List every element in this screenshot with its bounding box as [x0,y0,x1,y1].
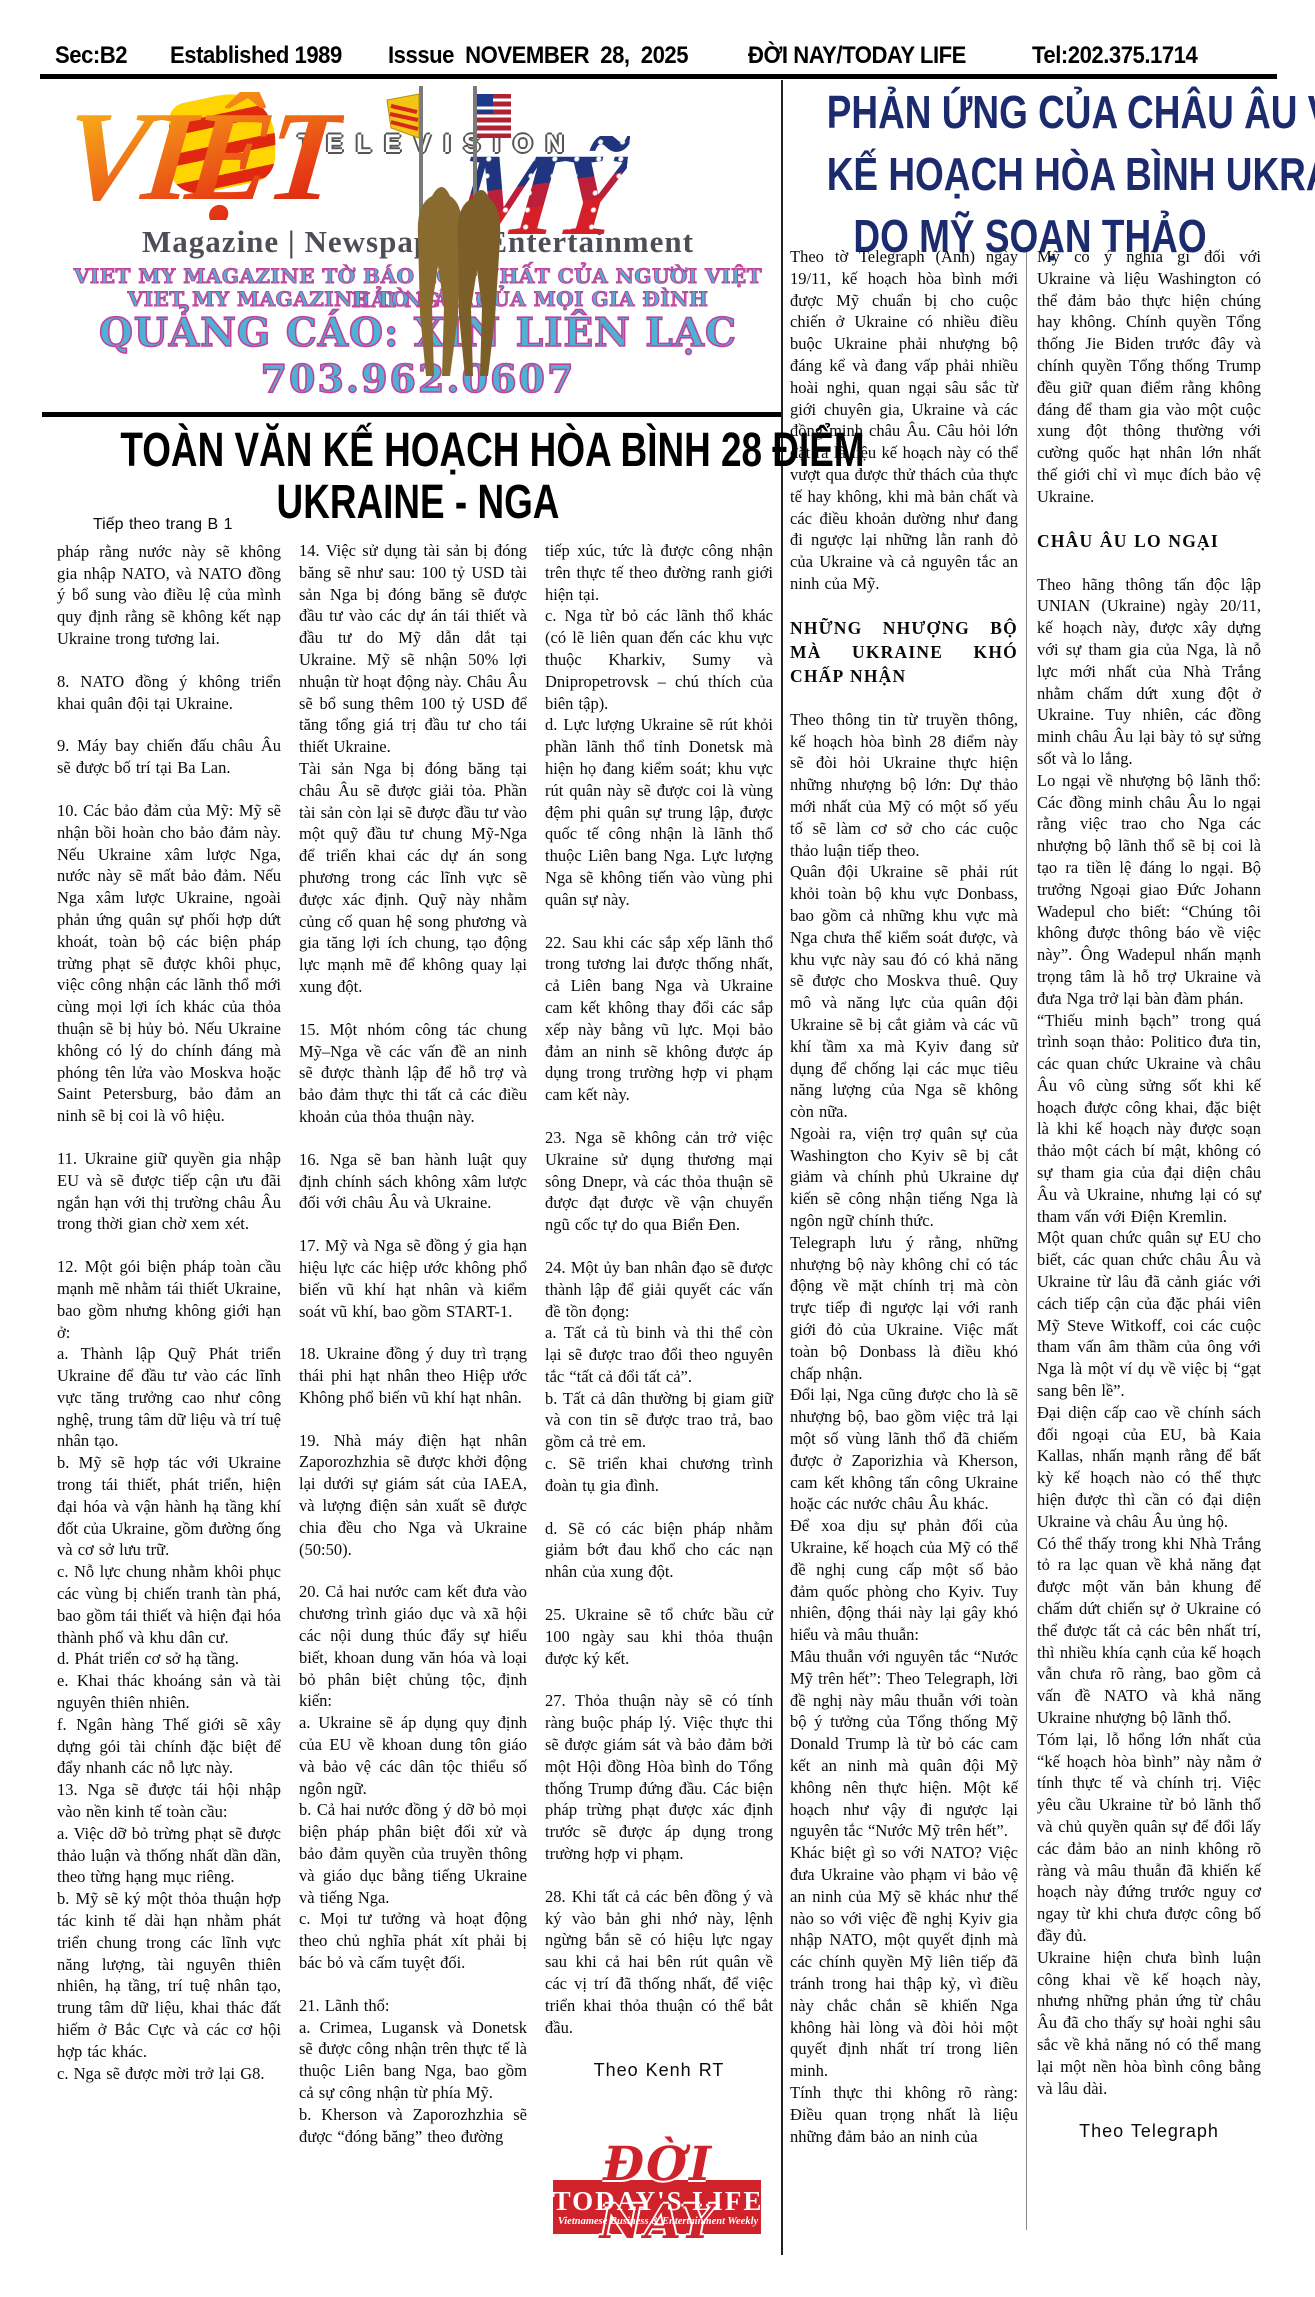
phone-header: Tel:202.375.1714 [1032,42,1197,70]
paragraph: a. Crimea, Lugansk và Donetsk sẽ được cô… [299,2017,527,2104]
paragraph: a. Việc dỡ bỏ trừng phạt sẽ được thảo lu… [57,1823,281,1888]
right-article-column-2: Mỹ có ý nghĩa gì đối với Ukraine và liệu… [1037,246,1261,2143]
masthead: VIỆT TELEVISION MỸ Magazine | Newspaper … [55,84,781,414]
paragraph: tiếp xúc, tức là được công nhận trên thự… [545,540,773,605]
paragraph: Tóm lại, lỗ hổng lớn nhất của “kế hoạch … [1037,1729,1261,1947]
paragraph: b. Mỹ sẽ ký một thỏa thuận hợp tác kinh … [57,1888,281,2062]
left-article-column-1: Tiếp theo trang B 1pháp rằng nước này sẽ… [57,514,281,2084]
paragraph: Để xoa dịu sự phản đối của Ukraine, kế h… [790,1515,1018,1646]
paragraph: Mâu thuẫn với nguyên tắc “Nước Mỹ trên h… [790,1646,1018,1842]
paragraph: 11. Ukraine giữ quyền gia nhập EU và sẽ … [57,1148,281,1235]
doinay-logo-subtitle: TODAY'S LIFE [551,2186,765,2217]
paragraph: Khác biệt gì so với NATO? Việc đưa Ukrai… [790,1842,1018,2082]
right-title-line1: PHẢN ỨNG CỦA CHÂU ÂU VỀ [827,80,1234,146]
left-article-column-3: tiếp xúc, tức là được công nhận trên thự… [545,540,773,2082]
paragraph: “Thiếu minh bạch” trong quá trình soạn t… [1037,1010,1261,1228]
paragraph: c. Nga sẽ được mời trở lại G8. [57,2063,281,2085]
paragraph: 28. Khi tất cả các bên đồng ý và ký vào … [545,1886,773,2039]
paragraph: c. Mọi tư tưởng và hoạt động theo chủ ng… [299,1908,527,1973]
section-label: Sec:B2 [55,42,127,70]
paragraph: d. Sẽ có các biện pháp nhằm giảm bớt đau… [545,1518,773,1583]
paragraph: 13. Nga sẽ được tái hội nhập vào nền kin… [57,1779,281,1823]
paragraph: Ukraine hiện chưa bình luận công khai về… [1037,1947,1261,2100]
paragraph: 20. Cả hai nước cam kết đưa vào chương t… [299,1581,527,1712]
flags-soldiers-graphic [377,86,527,386]
paragraph: 19. Nhà máy điện hạt nhân Zaporozhzhia s… [299,1430,527,1561]
established-label: Established 1989 [170,42,342,70]
paragraph: a. Ukraine sẽ áp dụng quy định của EU về… [299,1712,527,1799]
right-article-column-1: Theo tờ Telegraph (Anh) ngày 19/11, kế h… [790,246,1018,2147]
paragraph: 14. Việc sử dụng tài sản bị đóng băng sẽ… [299,540,527,758]
byline: Theo Telegraph [1037,2121,1261,2143]
paragraph: d. Phát triển cơ sở hạ tầng. [57,1648,281,1670]
right-title-line2: KẾ HOẠCH HÒA BÌNH UKRAINE [827,142,1234,208]
header-rule [40,74,1277,79]
paragraph: Theo hãng thông tấn độc lập UNIAN (Ukrai… [1037,574,1261,770]
paragraph: Ngoài ra, viện trợ quân sự của Washingto… [790,1123,1018,1232]
paragraph: 9. Máy bay chiến đấu châu Âu sẽ được bố … [57,735,281,779]
paragraph: 10. Các bảo đảm của Mỹ: Mỹ sẽ nhận bồi h… [57,800,281,1127]
paragraph: c. Sẽ triển khai chương trình đoàn tụ gi… [545,1453,773,1497]
left-article-title: TOÀN VĂN KẾ HOẠCH HÒA BÌNH 28 ĐIỂM UKRAI… [55,424,781,528]
newspaper-page: Sec:B2 Established 1989 Isssue NOVEMBER … [0,0,1315,2297]
doinay-logo-tagline: Vietnamese Business & Entertainment Week… [551,2216,765,2227]
paragraph: 27. Thỏa thuận này sẽ có tính ràng buộc … [545,1690,773,1864]
paragraph: Theo tờ Telegraph (Anh) ngày 19/11, kế h… [790,246,1018,595]
right-column-divider-rule [1026,248,1027,2230]
masthead-rule [42,412,783,417]
paragraph: b. Tất cả dân thường bị giam giữ và con … [545,1388,773,1453]
publication-name: ĐỜI NAY/TODAY LIFE [748,42,966,70]
paragraph: c. Nga từ bỏ các lãnh thổ khác (có lẽ li… [545,605,773,714]
paragraph: 8. NATO đồng ý không triển khai quân đội… [57,671,281,715]
paragraph: b. Kherson và Zaporozhzhia sẽ được “đóng… [299,2104,527,2148]
byline: Theo Kenh RT [545,2060,773,2082]
paragraph: Quân đội Ukraine sẽ phải rút khỏi toàn b… [790,861,1018,1123]
right-article-title: PHẢN ỨNG CỦA CHÂU ÂU VỀ KẾ HOẠCH HÒA BÌN… [788,82,1272,268]
paragraph: b. Mỹ sẽ hợp tác với Ukraine trong tái t… [57,1452,281,1561]
left-article-column-2: 14. Việc sử dụng tài sản bị đóng băng sẽ… [299,540,527,2147]
paragraph: 17. Mỹ và Nga sẽ đồng ý gia hạn hiệu lực… [299,1235,527,1322]
paragraph: a. Tất cả tù binh và thi thể còn lại sẽ … [545,1322,773,1387]
doinay-logo: ĐỜI NAY TODAY'S LIFE Vietnamese Business… [551,2136,765,2236]
section-subhead: CHÂU ÂU LO NGẠI [1037,529,1261,553]
paragraph: 24. Một ủy ban nhân đạo sẽ được thành lậ… [545,1257,773,1322]
paragraph: b. Cả hai nước đồng ý dỡ bỏ mọi biện phá… [299,1799,527,1908]
paragraph: 18. Ukraine đồng ý duy trì trạng thái ph… [299,1343,527,1408]
article-divider-rule [781,80,783,2255]
paragraph: Tính thực thi không rõ ràng: Điều quan t… [790,2082,1018,2147]
paragraph: 21. Lãnh thổ: [299,1995,527,2017]
paragraph: Đổi lại, Nga cũng được cho là sẽ nhượng … [790,1384,1018,1515]
paragraph: d. Lực lượng Ukraine sẽ rút khỏi phần lã… [545,714,773,910]
paragraph: 12. Một gói biện pháp toàn cầu mạnh mẽ n… [57,1256,281,1343]
paragraph: Theo thông tin từ truyền thông, kế hoạch… [790,709,1018,862]
paragraph: c. Nỗ lực chung nhằm khôi phục các vùng … [57,1561,281,1648]
paragraph: 22. Sau khi các sắp xếp lãnh thổ trong t… [545,932,773,1106]
paragraph: 23. Nga sẽ không cản trở việc Ukraine sử… [545,1127,773,1236]
paragraph: pháp rằng nước này sẽ không gia nhập NAT… [57,541,281,650]
paragraph: Mỹ có ý nghĩa gì đối với Ukraine và liệu… [1037,246,1261,508]
paragraph: 25. Ukraine sẽ tổ chức bầu cử 100 ngày s… [545,1604,773,1669]
paragraph: Tài sản Nga bị đóng băng tại châu Âu sẽ … [299,758,527,998]
logo-viet-text: VIỆT [58,92,346,220]
left-title-line1: TOÀN VĂN KẾ HOẠCH HÒA BÌNH 28 ĐIỂM [120,422,715,478]
paragraph: Đại diện cấp cao về chính sách đối ngoại… [1037,1402,1261,1533]
paragraph: Có thể thấy trong khi Nhà Trắng tỏ ra lạ… [1037,1533,1261,1729]
section-subhead: NHỮNG NHƯỢNG BỘ MÀ UKRAINE KHÓ CHẤP NHẬN [790,616,1018,688]
issue-date: Isssue NOVEMBER 28, 2025 [388,42,688,70]
paragraph: e. Khai thác khoáng sản và tài nguyên th… [57,1670,281,1714]
paragraph: 16. Nga sẽ ban hành luật quy định chính … [299,1149,527,1214]
paragraph: 15. Một nhóm công tác chung Mỹ–Nga về cá… [299,1019,527,1128]
paragraph: a. Thành lập Quỹ Phát triển Ukraine để đ… [57,1343,281,1452]
continued-note: Tiếp theo trang B 1 [57,514,281,536]
paragraph: Một quan chức quân sự EU cho biết, các q… [1037,1227,1261,1401]
paragraph: Lo ngại về nhượng bộ lãnh thổ: Các đồng … [1037,770,1261,1010]
paragraph: Telegraph lưu ý rằng, những nhượng bộ nà… [790,1232,1018,1385]
paragraph: f. Ngân hàng Thế giới sẽ xây dựng gói tà… [57,1714,281,1779]
